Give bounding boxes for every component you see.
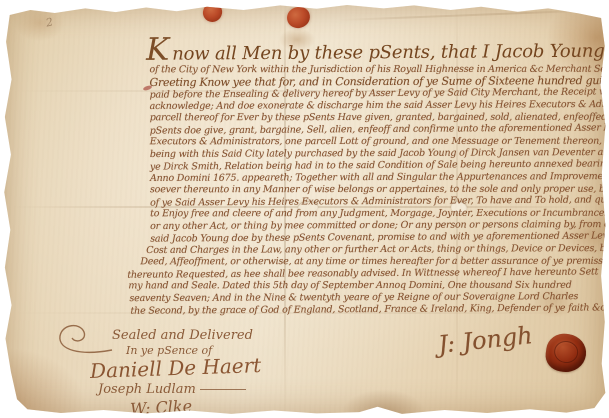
- signature-dash: [200, 389, 246, 391]
- body-line: to Enjoy free and cleere of and from any…: [150, 208, 609, 221]
- opening-line: Know all Men by these pSents, that I Jac…: [146, 28, 609, 68]
- witness-signature-1: Daniell De Haert: [90, 353, 262, 383]
- flourish-ornament: [50, 316, 120, 362]
- wax-seal: [544, 331, 589, 374]
- corner-annotation-mark: 2: [45, 15, 55, 29]
- deed-body-text: of the City of New York within the Juris…: [149, 63, 609, 317]
- wax-seal-emboss: [553, 339, 580, 364]
- photo-background: 2 Know all Men by these pSents, that I J…: [0, 0, 609, 418]
- witness-2-name: Joseph Ludlam: [98, 382, 196, 397]
- body-line: Executors & Administrators, one parcell …: [150, 136, 609, 149]
- attestation-block: Sealed and Delivered In ye pSence of Dan…: [50, 316, 290, 418]
- wax-seal-remnant-1: [201, 1, 223, 23]
- attestation-sealed-line: Sealed and Delivered: [112, 328, 253, 343]
- parchment-sheet: 2 Know all Men by these pSents, that I J…: [0, 0, 609, 418]
- witness-signature-2: Joseph Ludlam: [98, 382, 246, 397]
- top-edge-seam: [338, 9, 606, 21]
- witness-signature-3: W: Clke: [130, 396, 193, 418]
- body-line: of the City of New York within the Juris…: [149, 64, 608, 77]
- body-line: my hand and Seale. Dated this 5th day of…: [128, 280, 609, 293]
- wax-seal-remnant-2: [286, 6, 312, 30]
- grantor-signature: J: Jongh: [437, 321, 534, 359]
